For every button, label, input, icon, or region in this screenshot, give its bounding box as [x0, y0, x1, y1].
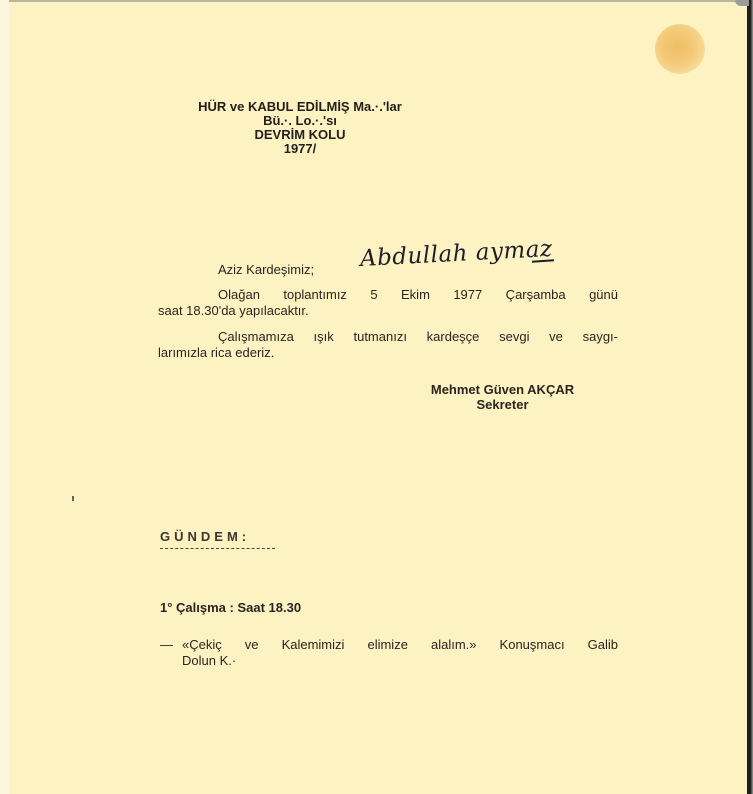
paper-right-edge	[747, 0, 753, 794]
letterhead-line-4: 1977/	[160, 142, 440, 156]
paragraph-meeting-notice: Olağan toplantımız 5 Ekim 1977 Çarşamba …	[158, 287, 618, 319]
paragraph-line: larımızla rica ederiz.	[158, 345, 618, 361]
salutation: Aziz Kardeşimiz;	[218, 262, 314, 277]
agenda-item-line: Dolun K.·	[160, 653, 618, 669]
handwritten-recipient-name: Abdullah aymaz	[359, 236, 553, 272]
paragraph-line: Çalışmamıza ışık tutmanızı kardeşçe sevg…	[158, 329, 618, 345]
signature-block: Mehmet Güven AKÇAR Sekreter	[410, 382, 595, 412]
paragraph-line: saat 18.30'da yapılacaktır.	[158, 303, 618, 319]
letterhead: HÜR ve KABUL EDİLMİŞ Ma.·.'lar Bü.·. Lo.…	[160, 100, 440, 156]
scanned-letter-page: HÜR ve KABUL EDİLMİŞ Ma.·.'lar Bü.·. Lo.…	[0, 0, 753, 794]
paper-corner	[735, 0, 749, 6]
agenda-item-line: «Çekiç ve Kalemimizi elimize alalım.» Ko…	[160, 637, 618, 653]
agenda-item: — «Çekiç ve Kalemimizi elimize alalım.» …	[160, 637, 618, 669]
agenda-session: 1° Çalışma : Saat 18.30	[160, 600, 301, 615]
agenda-item-dash: —	[160, 637, 173, 653]
paper-top-edge	[9, 0, 744, 2]
agenda-heading-underline	[160, 548, 275, 550]
agenda-heading: GÜNDEM:	[160, 529, 250, 544]
paragraph-invitation: Çalışmamıza ışık tutmanızı kardeşçe sevg…	[158, 329, 618, 361]
letterhead-line-2: Bü.·. Lo.·.'sı	[160, 114, 440, 128]
signatory-name: Mehmet Güven AKÇAR	[410, 382, 595, 397]
signatory-title: Sekreter	[410, 397, 595, 412]
scan-margin-strip	[0, 0, 9, 794]
letterhead-line-3: DEVRİM KOLU	[160, 128, 440, 142]
paragraph-line: Olağan toplantımız 5 Ekim 1977 Çarşamba …	[158, 287, 618, 303]
paper-speck	[72, 496, 74, 501]
letterhead-line-1: HÜR ve KABUL EDİLMİŞ Ma.·.'lar	[160, 100, 440, 114]
paper-stain	[655, 24, 705, 74]
